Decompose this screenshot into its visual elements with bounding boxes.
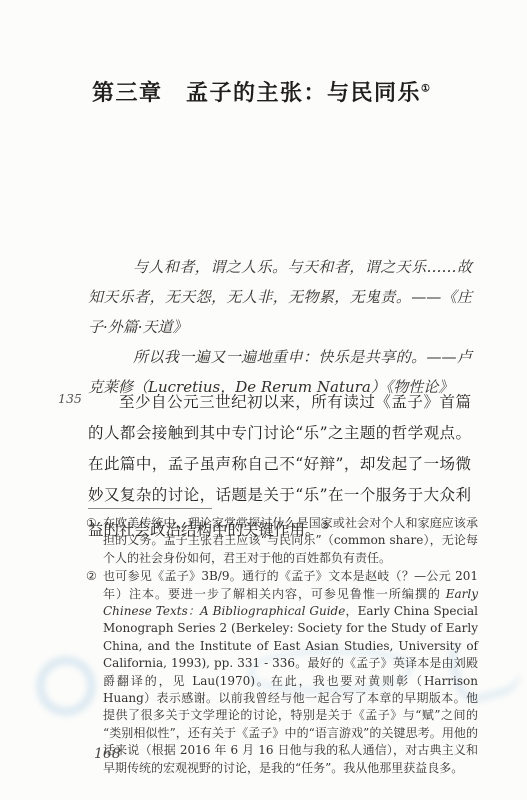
footnote-2-text-after: ，Early China Special Monograph Series 2 … — [103, 604, 478, 775]
chapter-title-text: 第三章 孟子的主张：与民同乐 — [92, 80, 421, 106]
footnote-1-text: 在欧美传统中，理论家常常探讨什么是国家或社会对个人和家庭应该承担的义务。孟子主张… — [103, 515, 478, 567]
footnote-separator-rule — [88, 508, 212, 509]
footnote-1: ① 在欧美传统中，理论家常常探讨什么是国家或社会对个人和家庭应该承担的义务。孟子… — [86, 515, 478, 567]
epigraph-quotes: 与人和者，谓之人乐。与天和者，谓之天乐……故知天乐者，无天怨，无人非，无物累，无… — [88, 252, 472, 402]
footnote-ref-1-title: ① — [421, 84, 430, 95]
footnote-1-marker: ① — [86, 515, 103, 567]
chapter-title: 第三章 孟子的主张：与民同乐① — [92, 76, 430, 107]
footnote-2-text-before: 也可参见《孟子》3B/9。通行的《孟子》文本是赵岐（？—公元 201 年）注本。… — [103, 569, 478, 600]
page-number: 168 — [94, 746, 121, 762]
footnote-2-text: 也可参见《孟子》3B/9。通行的《孟子》文本是赵岐（？—公元 201 年）注本。… — [103, 568, 478, 777]
book-page: 第三章 孟子的主张：与民同乐① 与人和者，谓之人乐。与天和者，谓之天乐……故知天… — [0, 0, 527, 800]
quote-zhuangzi: 与人和者，谓之人乐。与天和者，谓之天乐……故知天乐者，无天怨，无人非，无物累，无… — [88, 252, 472, 342]
footnotes-section: ① 在欧美传统中，理论家常常探讨什么是国家或社会对个人和家庭应该承担的义务。孟子… — [86, 515, 478, 778]
margin-line-number: 135 — [58, 391, 82, 406]
footnote-2: ② 也可参见《孟子》3B/9。通行的《孟子》文本是赵岐（？—公元 201 年）注… — [86, 568, 478, 777]
